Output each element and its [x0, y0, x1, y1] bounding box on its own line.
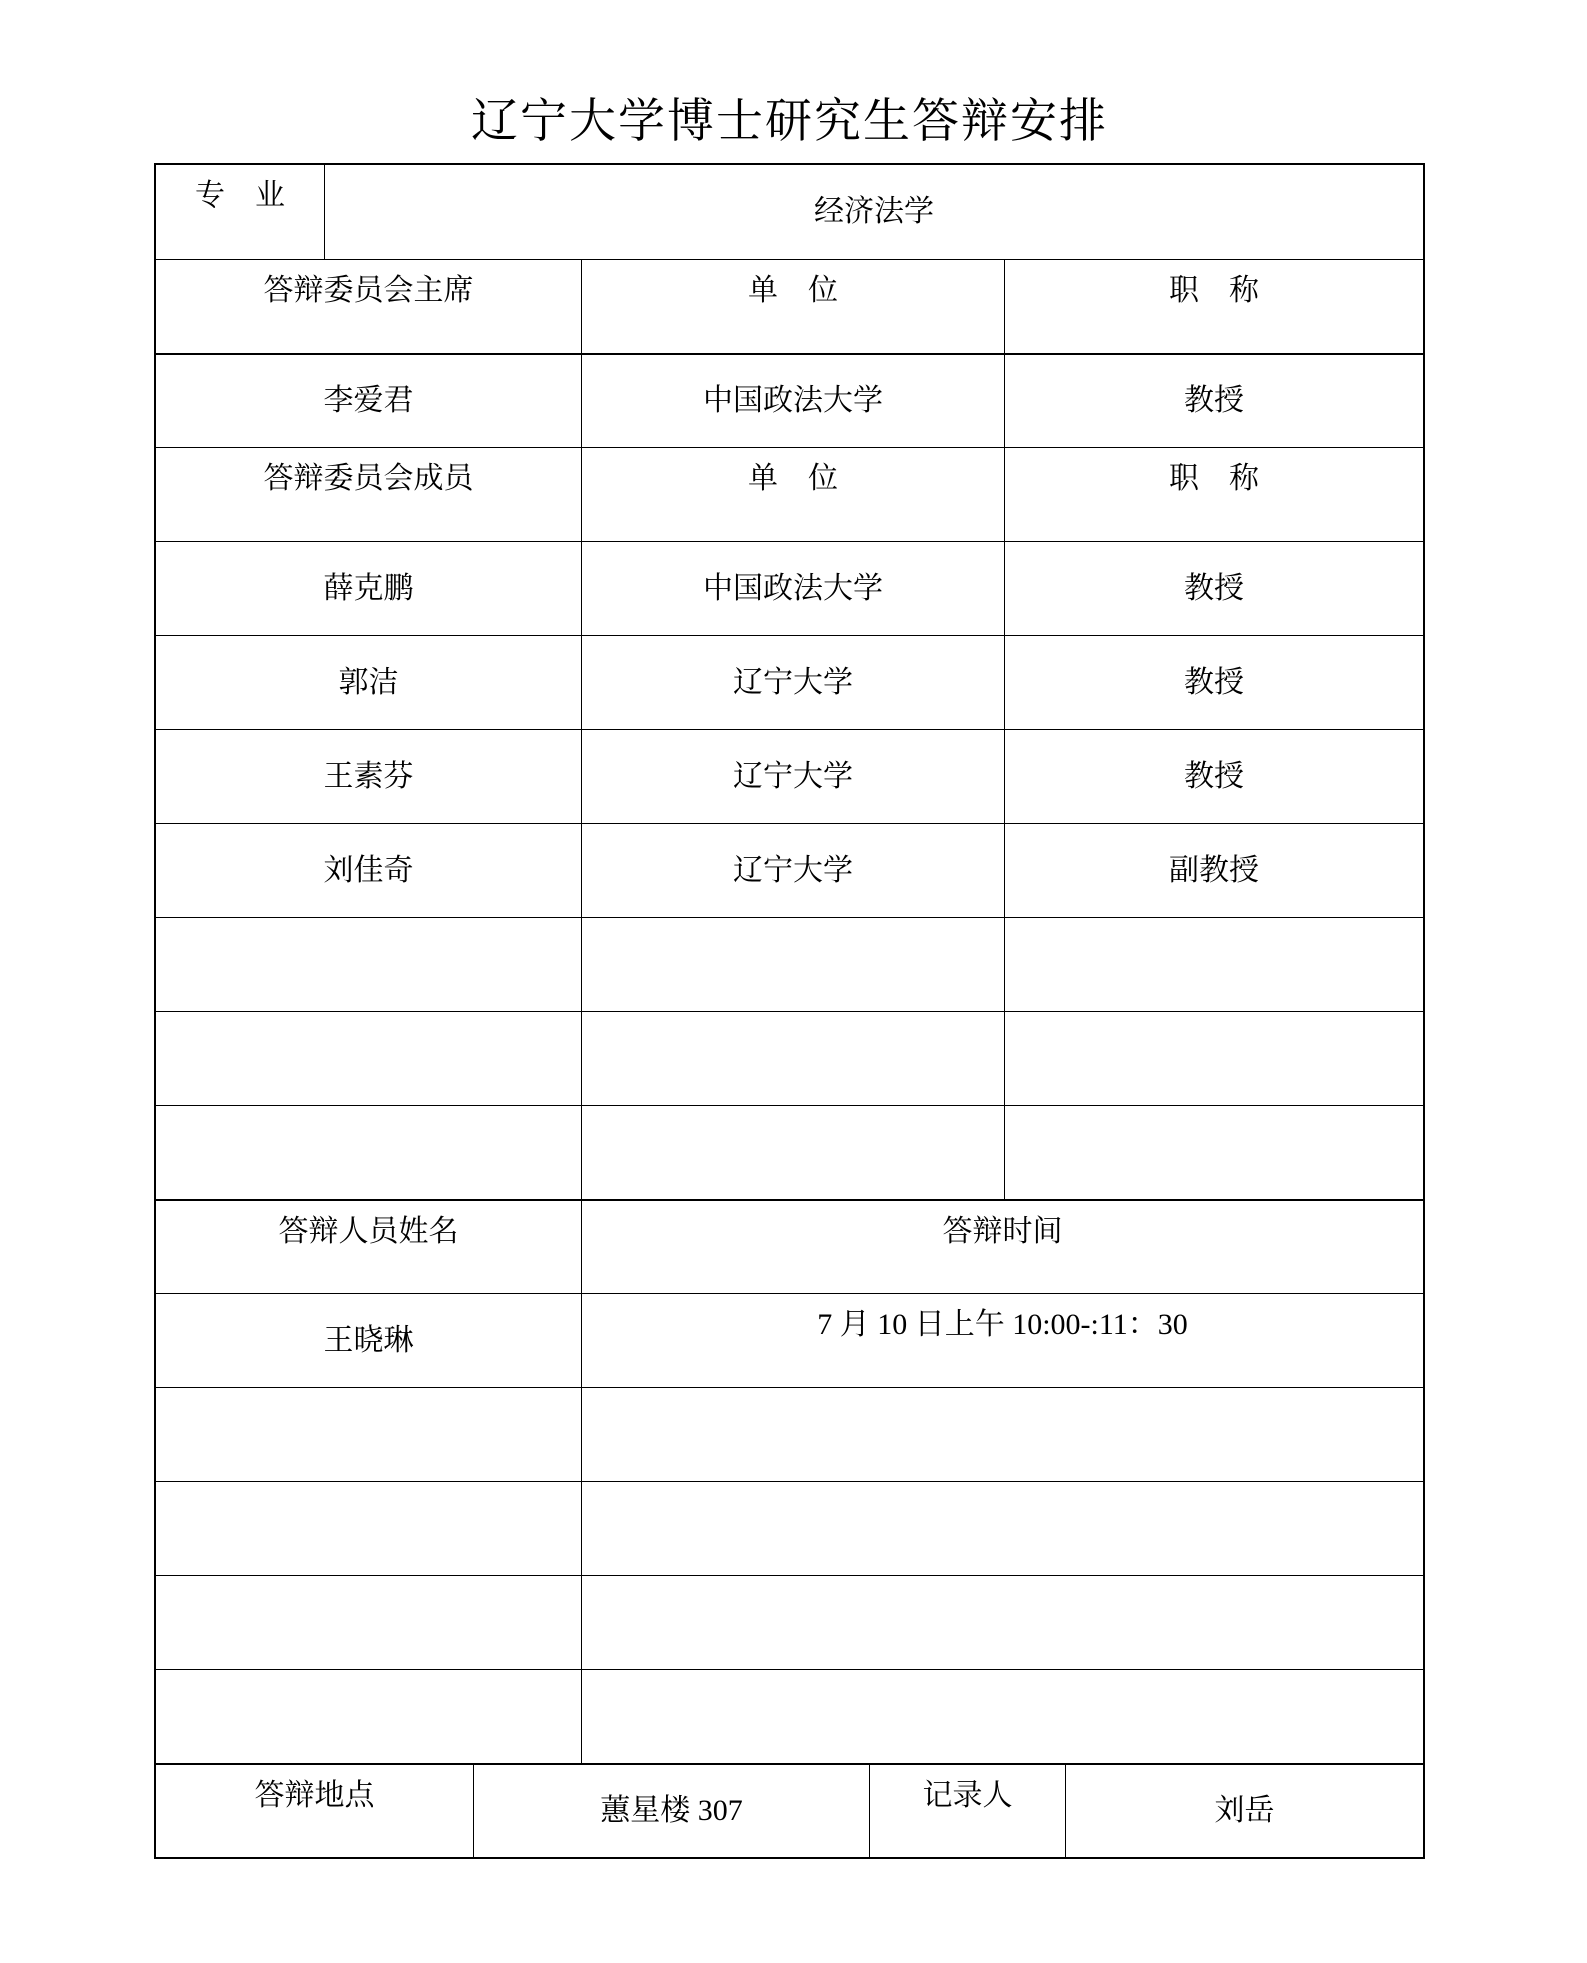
member-title: 教授: [1005, 542, 1423, 635]
major-value: 经济法学: [325, 165, 1423, 259]
document-page: { "page": { "title": "辽宁大学博士研究生答辩安排" }, …: [0, 0, 1587, 1963]
candidate-time: [582, 1482, 1423, 1575]
candidate-header-time: 答辩时间: [582, 1201, 1423, 1293]
member-name: [156, 918, 582, 1011]
member-name: [156, 1012, 582, 1105]
table-row-member: 郭洁 辽宁大学 教授: [156, 635, 1423, 729]
candidate-time: [582, 1576, 1423, 1669]
candidate-header-name: 答辩人员姓名: [156, 1201, 582, 1293]
member-unit: 辽宁大学: [582, 730, 1005, 823]
member-name: 刘佳奇: [156, 824, 582, 917]
member-header-unit: 单 位: [582, 448, 1005, 541]
defense-schedule-table: 专 业 经济法学 答辩委员会主席 单 位 职 称 李爱君 中国政法大学 教授 答…: [154, 163, 1425, 1859]
table-row-candidate-empty: [156, 1387, 1423, 1481]
candidate-time: 7 月 10 日上午 10:00-:11：30: [582, 1294, 1423, 1387]
table-row-member-empty: [156, 1105, 1423, 1199]
member-unit: [582, 1106, 1005, 1199]
member-name: 薛克鹏: [156, 542, 582, 635]
table-row-candidate-empty: [156, 1481, 1423, 1575]
row-footer: 答辩地点 蕙星楼 307 记录人 刘岳: [156, 1763, 1423, 1857]
candidate-time: [582, 1388, 1423, 1481]
row-member-header: 答辩委员会成员 单 位 职 称: [156, 447, 1423, 541]
member-unit: 辽宁大学: [582, 636, 1005, 729]
candidate-name: [156, 1670, 582, 1763]
member-title: [1005, 1106, 1423, 1199]
chair-name: 李爱君: [156, 355, 582, 447]
member-title: 教授: [1005, 730, 1423, 823]
candidate-name: [156, 1576, 582, 1669]
row-chair-header: 答辩委员会主席 单 位 职 称: [156, 259, 1423, 353]
table-row-member: 王素芬 辽宁大学 教授: [156, 729, 1423, 823]
member-title: 副教授: [1005, 824, 1423, 917]
table-row-candidate-empty: [156, 1575, 1423, 1669]
location-label: 答辩地点: [156, 1765, 474, 1857]
member-title: [1005, 1012, 1423, 1105]
recorder-label: 记录人: [870, 1765, 1066, 1857]
row-major: 专 业 经济法学: [156, 165, 1423, 259]
member-unit: [582, 918, 1005, 1011]
member-name: 王素芬: [156, 730, 582, 823]
chair-header-unit: 单 位: [582, 260, 1005, 353]
member-unit: [582, 1012, 1005, 1105]
row-candidate-header: 答辩人员姓名 答辩时间: [156, 1199, 1423, 1293]
member-header-title: 职 称: [1005, 448, 1423, 541]
member-unit: 辽宁大学: [582, 824, 1005, 917]
member-name: 郭洁: [156, 636, 582, 729]
page-title: 辽宁大学博士研究生答辩安排: [154, 84, 1425, 151]
chair-title: 教授: [1005, 355, 1423, 447]
candidate-name: 王晓琳: [156, 1294, 582, 1387]
candidate-time: [582, 1670, 1423, 1763]
table-row-candidate-empty: [156, 1669, 1423, 1763]
chair-unit: 中国政法大学: [582, 355, 1005, 447]
recorder-value: 刘岳: [1066, 1765, 1423, 1857]
table-row-candidate: 王晓琳 7 月 10 日上午 10:00-:11：30: [156, 1293, 1423, 1387]
member-title: [1005, 918, 1423, 1011]
table-row-member-empty: [156, 1011, 1423, 1105]
member-title: 教授: [1005, 636, 1423, 729]
table-row-member: 刘佳奇 辽宁大学 副教授: [156, 823, 1423, 917]
table-row-chair: 李爱君 中国政法大学 教授: [156, 353, 1423, 447]
member-name: [156, 1106, 582, 1199]
table-row-member: 薛克鹏 中国政法大学 教授: [156, 541, 1423, 635]
member-header-name: 答辩委员会成员: [156, 448, 582, 541]
candidate-name: [156, 1482, 582, 1575]
member-unit: 中国政法大学: [582, 542, 1005, 635]
major-label: 专 业: [156, 165, 325, 259]
location-value: 蕙星楼 307: [474, 1765, 870, 1857]
chair-header-title: 职 称: [1005, 260, 1423, 353]
candidate-name: [156, 1388, 582, 1481]
table-row-member-empty: [156, 917, 1423, 1011]
chair-header-name: 答辩委员会主席: [156, 260, 582, 353]
